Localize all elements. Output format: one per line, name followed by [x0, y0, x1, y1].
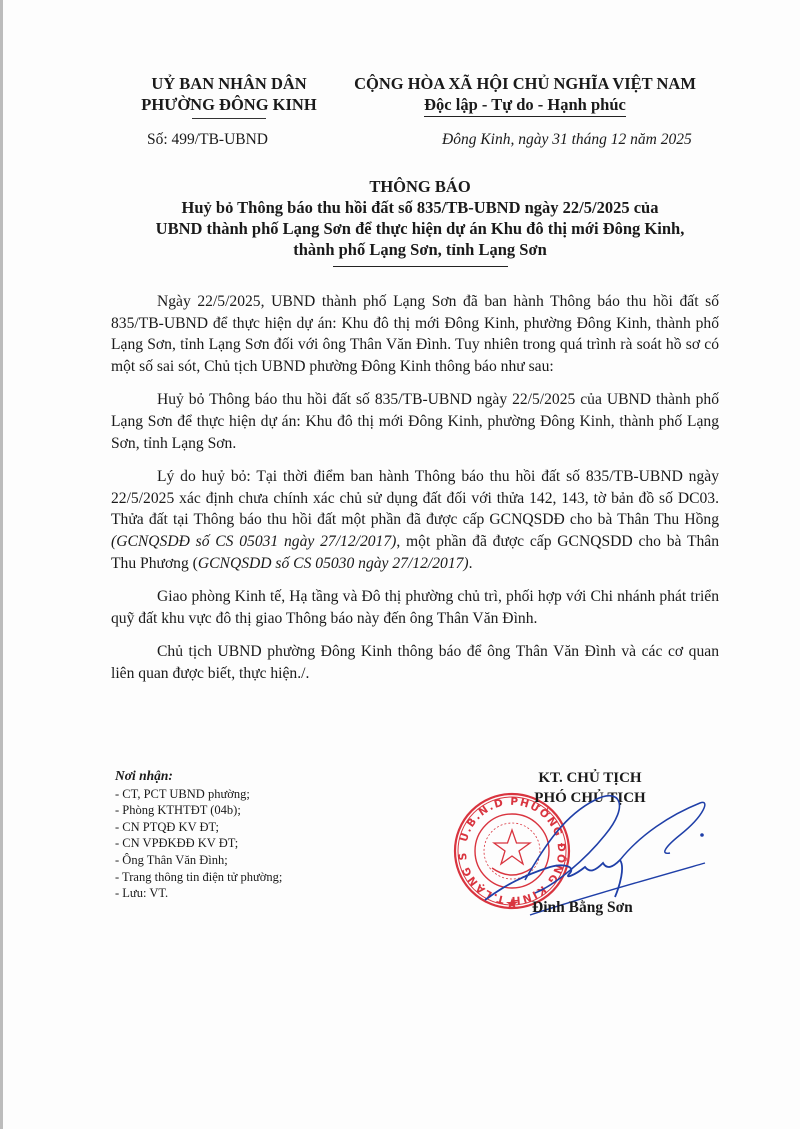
issuer-line-1: UỶ BAN NHÂN DÂN: [118, 73, 340, 94]
place-and-date: Đông Kinh, ngày 31 tháng 12 năm 2025: [442, 131, 692, 149]
document-body: Ngày 22/5/2025, UBND thành phố Lạng Sơn …: [111, 291, 719, 693]
recipient-item: - CN PTQĐ KV ĐT;: [115, 819, 355, 836]
reason-text: Lý do huỷ bỏ: Tại thời điểm ban hành Thô…: [111, 468, 719, 528]
paragraph-closing: Chủ tịch UBND phường Đông Kinh thông báo…: [111, 641, 719, 684]
issuer-underline: [192, 118, 266, 119]
issuing-authority: UỶ BAN NHÂN DÂN PHƯỜNG ĐÔNG KINH: [118, 73, 340, 119]
signer-name: Đinh Bằng Sơn: [532, 899, 633, 917]
recipient-item: - CT, PCT UBND phường;: [115, 786, 355, 803]
reason-end: .: [469, 555, 473, 572]
title-line-2: UBND thành phố Lạng Sơn để thực hiện dự …: [110, 218, 730, 239]
title-heading: THÔNG BÁO: [110, 176, 730, 197]
national-motto: CỘNG HÒA XÃ HỘI CHỦ NGHĨA VIỆT NAM Độc l…: [325, 73, 725, 117]
issuer-line-2: PHƯỜNG ĐÔNG KINH: [118, 94, 340, 115]
recipient-item: - Lưu: VT.: [115, 885, 355, 902]
paragraph-reason: Lý do huỷ bỏ: Tại thời điểm ban hành Thô…: [111, 466, 719, 574]
title-underline: [333, 266, 508, 267]
certificate-ref-2: GCNQSDD số CS 05030 ngày 27/12/2017): [198, 555, 469, 572]
document-page: UỶ BAN NHÂN DÂN PHƯỜNG ĐÔNG KINH CỘNG HÒ…: [0, 0, 800, 1129]
document-number: Số: 499/TB-UBND: [147, 131, 268, 149]
recipient-item: - CN VPĐKĐĐ KV ĐT;: [115, 835, 355, 852]
recipient-item: - Trang thông tin điện tử phường;: [115, 869, 355, 886]
paragraph-decision: Huỷ bỏ Thông báo thu hồi đất số 835/TB-U…: [111, 389, 719, 454]
paragraph-background: Ngày 22/5/2025, UBND thành phố Lạng Sơn …: [111, 291, 719, 377]
recipient-item: - Phòng KTHTĐT (04b);: [115, 802, 355, 819]
paragraph-assignment: Giao phòng Kinh tế, Hạ tầng và Đô thị ph…: [111, 586, 719, 629]
recipient-item: - Ông Thân Văn Đình;: [115, 852, 355, 869]
recipients-label: Nơi nhận:: [115, 768, 355, 785]
recipients-list: Nơi nhận: - CT, PCT UBND phường; - Phòng…: [115, 768, 355, 902]
certificate-ref-1: (GCNQSDĐ số CS 05031 ngày 27/12/2017): [111, 533, 396, 550]
document-title: THÔNG BÁO Huỷ bỏ Thông báo thu hồi đất s…: [110, 176, 730, 267]
motto: Độc lập - Tự do - Hạnh phúc: [424, 94, 626, 117]
scan-edge: [0, 0, 3, 1129]
title-line-3: thành phố Lạng Sơn, tỉnh Lạng Sơn: [110, 239, 730, 260]
nation-name: CỘNG HÒA XÃ HỘI CHỦ NGHĨA VIỆT NAM: [325, 73, 725, 94]
title-line-1: Huỷ bỏ Thông báo thu hồi đất số 835/TB-U…: [110, 197, 730, 218]
